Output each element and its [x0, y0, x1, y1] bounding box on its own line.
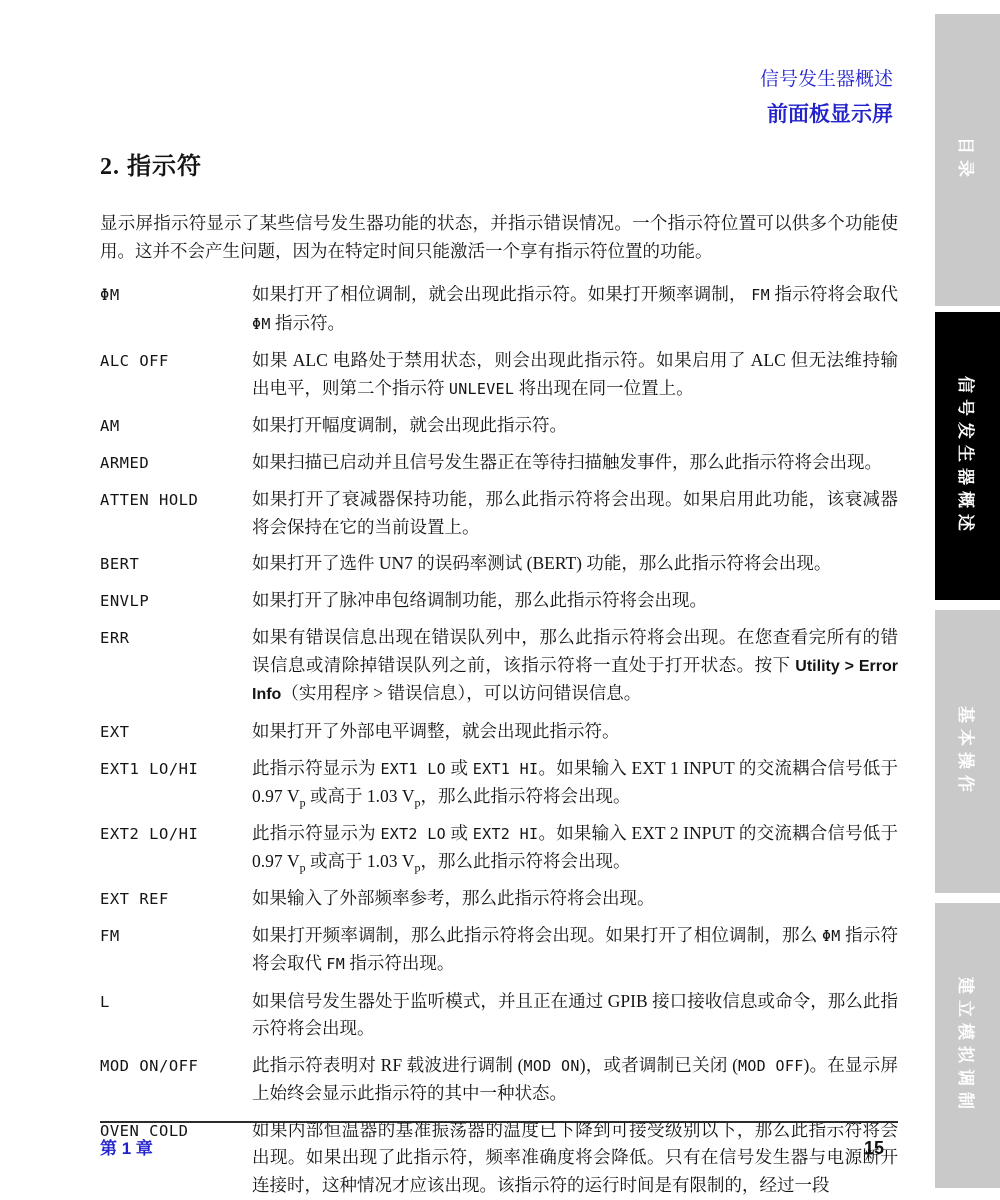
indicator-term: EXT2 LO/HI — [100, 820, 252, 876]
indicator-entry: ERR如果有错误信息出现在错误队列中，那么此指示符将会出现。在您查看完所有的错误… — [100, 624, 898, 709]
indicator-entry: ΦM如果打开了相位调制，就会出现此指示符。如果打开频率调制， FM 指示符将会取… — [100, 281, 898, 338]
main-content: 2. 指示符 显示屏指示符显示了某些信号发生器功能的状态，并指示错误情况。一个指… — [100, 146, 898, 1200]
indicator-term: MOD ON/OFF — [100, 1052, 252, 1108]
sidebar-tab-label: 建立模拟调制 — [955, 977, 980, 1115]
indicator-entry: ARMED如果扫描已启动并且信号发生器正在等待扫描触发事件，那么此指示符将会出现… — [100, 449, 898, 477]
indicator-definition: 此指示符显示为 EXT1 LO 或 EXT1 HI。如果输入 EXT 1 INP… — [252, 755, 898, 811]
indicator-term: ΦM — [100, 281, 252, 338]
sidebar-tab[interactable]: 建立模拟调制 — [935, 903, 1000, 1188]
indicator-entry: BERT如果打开了选件 UN7 的误码率测试 (BERT) 功能，那么此指示符将… — [100, 550, 898, 578]
sidebar-tab[interactable]: 基本操作 — [935, 610, 1000, 893]
intro-paragraph: 显示屏指示符显示了某些信号发生器功能的状态，并指示错误情况。一个指示符位置可以供… — [100, 209, 898, 265]
indicator-term: ARMED — [100, 449, 252, 477]
indicator-term: EXT1 LO/HI — [100, 755, 252, 811]
indicator-term: ERR — [100, 624, 252, 709]
indicator-term: BERT — [100, 550, 252, 578]
indicator-term: FM — [100, 922, 252, 979]
indicator-term: ATTEN HOLD — [100, 486, 252, 541]
indicator-entry: L如果信号发生器处于监听模式，并且正在通过 GPIB 接口接收信息或命令，那么此… — [100, 988, 898, 1043]
indicator-entry: EXT如果打开了外部电平调整，就会出现此指示符。 — [100, 718, 898, 746]
indicator-definition: 如果打开了外部电平调整，就会出现此指示符。 — [252, 718, 898, 746]
header-subsection-link[interactable]: 前面板显示屏 — [760, 98, 893, 128]
page-title: 2. 指示符 — [100, 146, 898, 181]
indicator-term: ENVLP — [100, 587, 252, 615]
indicator-term: EXT REF — [100, 885, 252, 913]
indicator-term: ALC OFF — [100, 347, 252, 403]
indicator-term: EXT — [100, 718, 252, 746]
sidebar-tab-label: 基本操作 — [955, 706, 980, 798]
indicator-definition: 如果打开幅度调制，就会出现此指示符。 — [252, 412, 898, 440]
indicator-entry: EXT1 LO/HI此指示符显示为 EXT1 LO 或 EXT1 HI。如果输入… — [100, 755, 898, 811]
indicator-definition: 如果打开了脉冲串包络调制功能，那么此指示符将会出现。 — [252, 587, 898, 615]
indicator-term: L — [100, 988, 252, 1043]
indicator-term: AM — [100, 412, 252, 440]
indicator-definition: 如果扫描已启动并且信号发生器正在等待扫描触发事件，那么此指示符将会出现。 — [252, 449, 898, 477]
indicator-entry: FM如果打开频率调制，那么此指示符将会出现。如果打开了相位调制，那么 ΦM 指示… — [100, 922, 898, 979]
indicator-list: ΦM如果打开了相位调制，就会出现此指示符。如果打开频率调制， FM 指示符将会取… — [100, 281, 898, 1199]
sidebar-tab-strip: 目录信号发生器概述基本操作建立模拟调制 — [935, 0, 1000, 1200]
footer-chapter-link[interactable]: 第 1 章 — [100, 1134, 153, 1159]
indicator-definition: 如果有错误信息出现在错误队列中，那么此指示符将会出现。在您查看完所有的错误信息或… — [252, 624, 898, 709]
sidebar-tab-label: 信号发生器概述 — [955, 376, 980, 537]
indicator-entry: ALC OFF如果 ALC 电路处于禁用状态，则会出现此指示符。如果启用了 AL… — [100, 347, 898, 403]
indicator-entry: ENVLP如果打开了脉冲串包络调制功能，那么此指示符将会出现。 — [100, 587, 898, 615]
indicator-entry: EXT2 LO/HI此指示符显示为 EXT2 LO 或 EXT2 HI。如果输入… — [100, 820, 898, 876]
header-section-link[interactable]: 信号发生器概述 — [760, 64, 893, 91]
page-header: 信号发生器概述 前面板显示屏 — [760, 64, 893, 128]
indicator-entry: MOD ON/OFF此指示符表明对 RF 载波进行调制 (MOD ON)，或者调… — [100, 1052, 898, 1108]
indicator-definition: 此指示符显示为 EXT2 LO 或 EXT2 HI。如果输入 EXT 2 INP… — [252, 820, 898, 876]
indicator-definition: 如果输入了外部频率参考，那么此指示符将会出现。 — [252, 885, 898, 913]
indicator-definition: 如果打开了选件 UN7 的误码率测试 (BERT) 功能，那么此指示符将会出现。 — [252, 550, 898, 578]
page-footer: 第 1 章 15 — [100, 1121, 898, 1159]
indicator-definition: 如果打开了相位调制，就会出现此指示符。如果打开频率调制， FM 指示符将会取代 … — [252, 281, 898, 338]
footer-page-number: 15 — [864, 1138, 898, 1159]
indicator-entry: EXT REF如果输入了外部频率参考，那么此指示符将会出现。 — [100, 885, 898, 913]
indicator-definition: 此指示符表明对 RF 载波进行调制 (MOD ON)，或者调制已关闭 (MOD … — [252, 1052, 898, 1108]
indicator-definition: 如果 ALC 电路处于禁用状态，则会出现此指示符。如果启用了 ALC 但无法维持… — [252, 347, 898, 403]
sidebar-tab[interactable]: 信号发生器概述 — [935, 312, 1000, 600]
indicator-entry: ATTEN HOLD如果打开了衰减器保持功能，那么此指示符将会出现。如果启用此功… — [100, 486, 898, 541]
indicator-entry: AM如果打开幅度调制，就会出现此指示符。 — [100, 412, 898, 440]
indicator-definition: 如果打开频率调制，那么此指示符将会出现。如果打开了相位调制，那么 ΦM 指示符将… — [252, 922, 898, 979]
indicator-definition: 如果信号发生器处于监听模式，并且正在通过 GPIB 接口接收信息或命令，那么此指… — [252, 988, 898, 1043]
sidebar-tab[interactable]: 目录 — [935, 14, 1000, 306]
indicator-definition: 如果打开了衰减器保持功能，那么此指示符将会出现。如果启用此功能，该衰减器将会保持… — [252, 486, 898, 541]
sidebar-tab-label: 目录 — [955, 137, 980, 183]
